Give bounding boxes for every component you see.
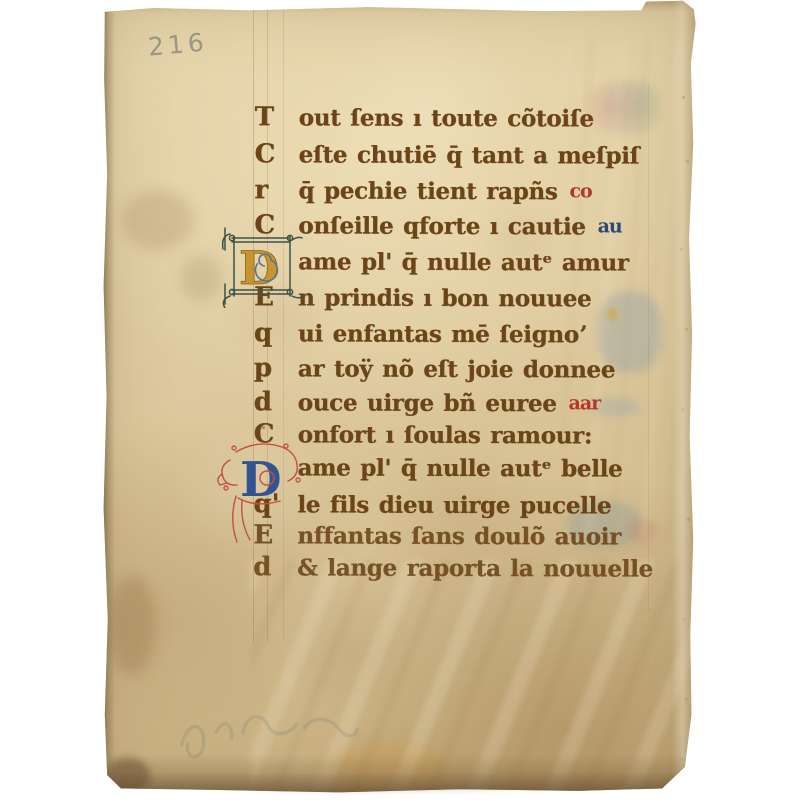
leaf-vignette (100, 0, 698, 794)
photo-background: 216 Tout ſens ı toute cõtoiſeCeſte chuti… (0, 0, 800, 800)
manuscript-leaf: 216 Tout ſens ı toute cõtoiſeCeſte chuti… (100, 0, 698, 794)
